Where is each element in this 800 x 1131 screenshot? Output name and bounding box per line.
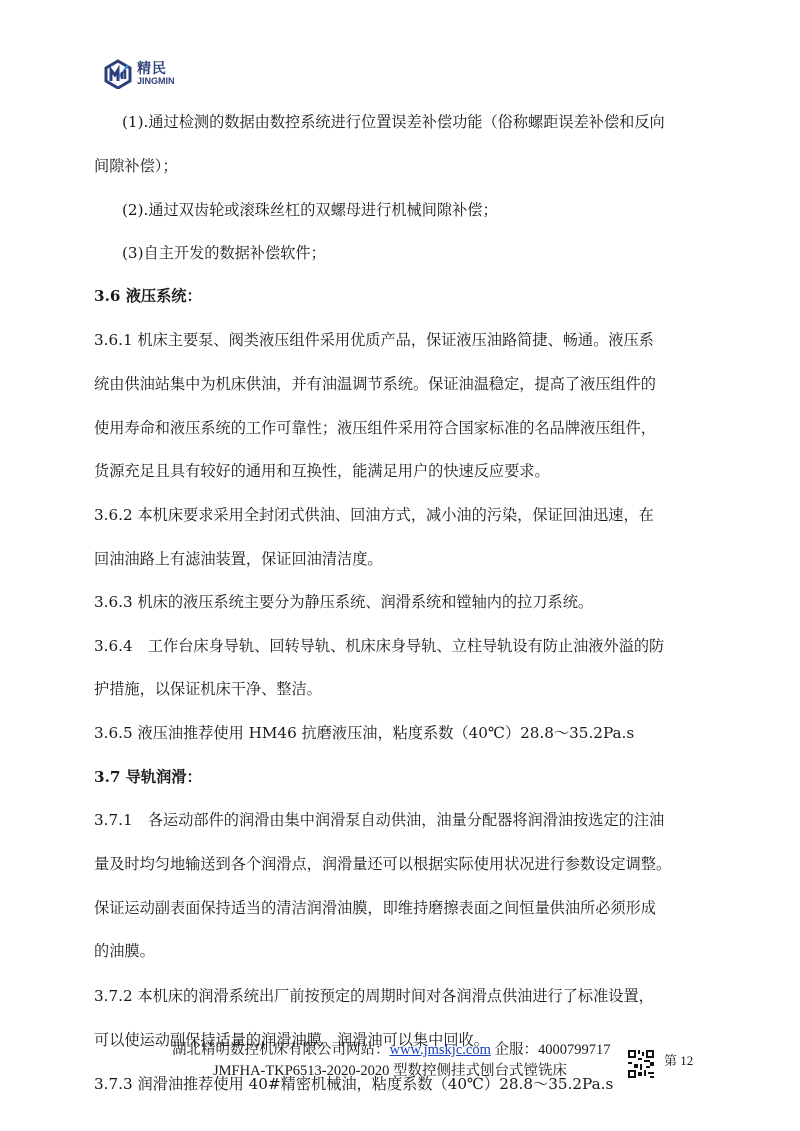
paragraph-line: 货源充足且具有较好的通用和互换性，能满足用户的快速反应要求。 [94,461,550,481]
paragraph-line: 3.6.3 机床的液压系统主要分为静压系统、润滑系统和镗轴内的拉刀系统。 [94,592,593,612]
section-heading: 3.6 液压系统： [94,286,202,306]
paragraph-line: 量及时均匀地输送到各个润滑点，润滑量还可以根据实际使用状况进行参数设定调整。 [94,854,671,874]
paragraph-line: 3.7.2 本机床的润滑系统出厂前按预定的周期时间对各润滑点供油进行了标准设置， [94,986,654,1006]
paragraph-line: 3.6.4 工作台床身导轨、回转导轨、机床床身导轨、立柱导轨设有防止油液外溢的防 [94,636,664,656]
website-link[interactable]: www.jmskjc.com [390,1042,491,1058]
paragraph-line: 回油油路上有滤油装置，保证回油清洁度。 [94,549,383,569]
footer-model-line: JMFHA-TKP6513-2020-2020 型数控侧挂式刨台式镗铣床 [213,1059,567,1080]
paragraph-line: (3)自主开发的数据补偿软件； [122,243,326,263]
paragraph-line: 统由供油站集中为机床供油，并有油温调节系统。保证油温稳定，提高了液压组件的 [94,374,656,394]
paragraph-line: 3.6.5 液压油推荐使用 HM46 抗磨液压油，粘度系数（40℃）28.8～3… [94,723,634,743]
logo-chinese-name: 精民 [137,62,175,76]
page-number: 第 12 [664,1050,693,1069]
footer-company-name: 湖北精明数控机床有限公司网站： [172,1042,390,1058]
logo-english-name: JINGMIN [137,77,175,86]
jingmin-logo-icon [103,59,133,89]
paragraph-line: 3.6.2 本机床要求采用全封闭式供油、回油方式，减小油的污染，保证回油迅速，在 [94,505,654,525]
footer-service-phone: 企服：4000799717 [491,1042,611,1058]
section-heading: 3.7 导轨润滑： [94,767,202,787]
paragraph-line: 使用寿命和液压系统的工作可靠性；液压组件采用符合国家标准的名品牌液压组件， [94,418,656,438]
paragraph-line: 间隙补偿）； [94,156,178,176]
company-logo: 精民 JINGMIN [103,58,175,90]
paragraph-line: (1).通过检测的数据由数控系统进行位置误差补偿功能（俗称螺距误差补偿和反向 [122,112,665,132]
paragraph-line: 的油膜。 [94,941,155,961]
qr-code-icon [628,1050,654,1078]
paragraph-line: (2).通过双齿轮或滚珠丝杠的双螺母进行机械间隙补偿； [122,200,498,220]
paragraph-line: 3.7.1 各运动部件的润滑由集中润滑泵自动供油，油量分配器将润滑油按选定的注油 [94,810,664,830]
paragraph-line: 护措施，以保证机床干净、整洁。 [94,679,322,699]
paragraph-line: 保证运动副表面保持适当的清洁润滑油膜，即维持磨擦表面之间恒量供油所必须形成 [94,898,656,918]
footer-company-line: 湖北精明数控机床有限公司网站：www.jmskjc.com 企服：4000799… [172,1038,610,1059]
paragraph-line: 3.6.1 机床主要泵、阀类液压组件采用优质产品，保证液压油路简捷、畅通。液压系 [94,330,654,350]
